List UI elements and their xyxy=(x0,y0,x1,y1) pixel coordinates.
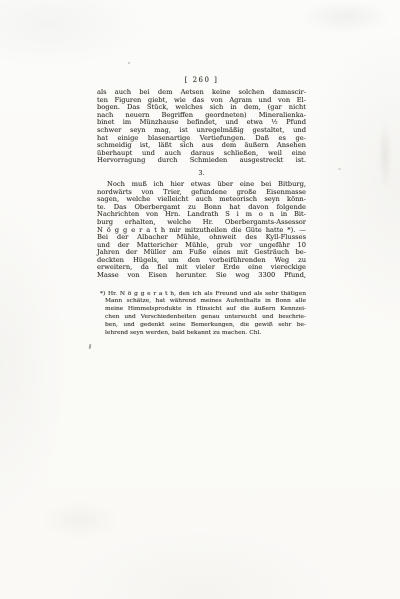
section-number: 3. xyxy=(97,169,306,179)
text-line: Masse von Eisen herunter. Sie wog 3300 P… xyxy=(97,272,306,280)
text-line: ben, und gedenkt seine Bemerkungen, die … xyxy=(100,322,306,330)
text-line: meine Himmelsprodukte in Hinsicht auf di… xyxy=(100,306,306,314)
text-line: chen und Verschiedenheiten genau untersu… xyxy=(100,314,306,322)
body-paragraph-1: als auch bei dem Aetsen keine solchen da… xyxy=(97,89,306,165)
body-paragraph-2: Noch muß ich hier etwas über eine bei Bi… xyxy=(97,181,306,280)
text-line: lehrend seyn werden, bald bekannt zu mac… xyxy=(100,330,306,338)
scanned-book-page: [ 260 ] als auch bei dem Aetsen keine so… xyxy=(0,0,400,599)
footnote: *) Hr. N ö g g e r a t h, den ich als Fr… xyxy=(97,291,306,338)
text-line: Hervorragung durch Schmieden ausgestreck… xyxy=(97,157,306,165)
text-block: [ 260 ] als auch bei dem Aetsen keine so… xyxy=(97,76,306,337)
